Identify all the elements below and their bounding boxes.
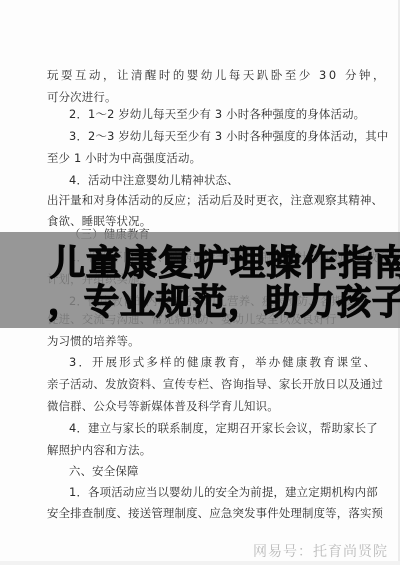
section-heading-safety: 六、安全保障 [69,464,139,478]
paragraph-line: 食欲、睡眠等状况。 [47,214,151,228]
list-item-3: 3．2～3 岁幼儿每天至少有 3 小时各种强度的身体活动，其中 [69,129,388,143]
list-item-4: 4．建立与家长的联系制度，定期召开家长会议，帮助家长了 [69,421,378,435]
source-watermark: 网易号：托育尚贤院 [253,541,388,561]
title-banner: 儿童康复护理操作指南 ，专业规范，助力孩子 [0,232,400,328]
paragraph-line: 可分次进行。 [47,90,117,104]
paragraph-line: 至少 1 小时为中高强度活动。 [47,151,201,165]
paragraph-line: 为习惯的培养等。 [47,334,140,348]
list-item-3: 3．开展形式多样的健康教育，举办健康教育课堂、 [69,355,377,369]
paragraph-line: 解照护内容和方法。 [47,443,151,457]
page-bottom-edge [0,561,400,565]
paragraph-line: 安全排查制度、接送管理制度、应急突发事件处理制度等，落实预 [47,506,383,520]
list-item-4: 4．活动中注意婴幼儿精神状态、 [69,173,239,187]
banner-title-line-1: 儿童康复护理操作指南 [50,244,400,284]
paragraph-line: 出汗量和对身体活动的反应；活动后及时更衣，注意观察其精神、 [47,193,383,207]
list-item-1: 1．各项活动应当以婴幼儿的安全为前提，建立定期机构内部 [69,485,378,499]
paragraph-line: 微信群、公众号等新媒体普及科学育儿知识。 [47,399,279,413]
list-item-2: 2．1～2 岁幼儿每天至少有 3 小时各种强度的身体活动。 [69,107,365,121]
paragraph-line: 玩耍互动，让清醒时的婴幼儿每天趴卧至少 30 分钟， [47,68,387,82]
paragraph-line: 亲子活动、发放资料、宣传专栏、咨询指导、家长开放日以及通过 [47,377,383,391]
banner-title-line-2: ，专业规范，助力孩子 [48,283,400,323]
